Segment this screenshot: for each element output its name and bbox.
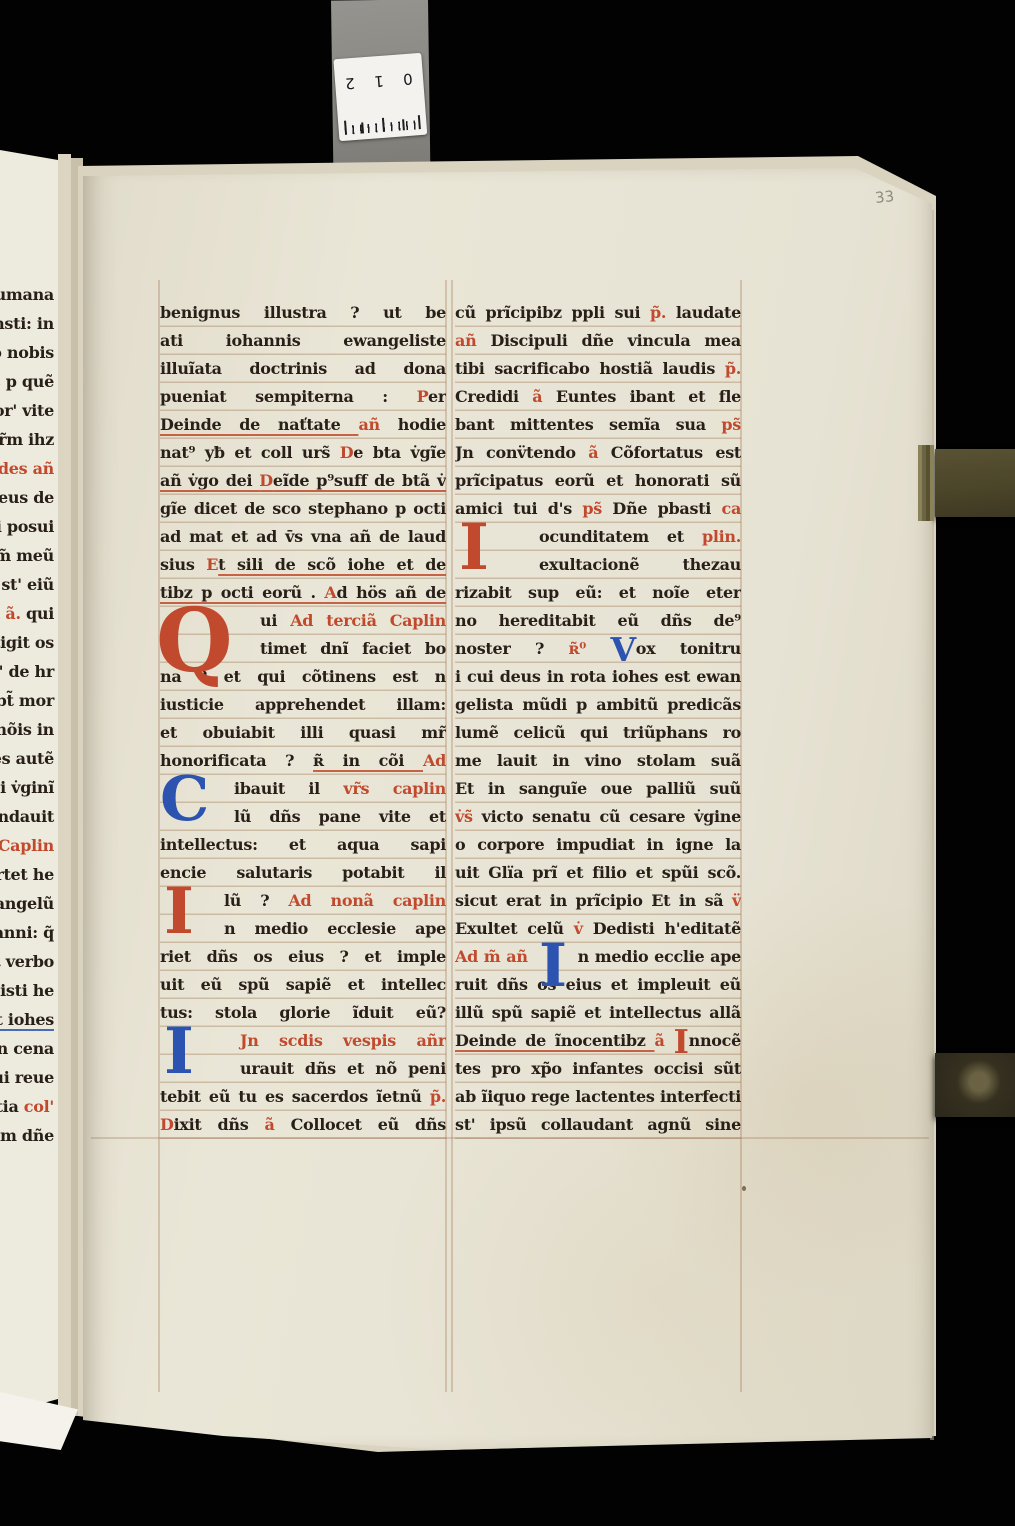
text-segment: Ad terciã Caplin bbox=[290, 611, 446, 630]
manuscript-line: benignus illustra ? ut be bbox=[160, 300, 446, 328]
facing-page-line: tũ añ Jut' de hr bbox=[0, 660, 56, 689]
manuscript-line: amici tui d's ps̃ Dñe pbasti ca bbox=[455, 496, 741, 524]
text-segment: he est iohes bbox=[0, 1010, 54, 1029]
text-segment: lũ dñs pane vite et bbox=[234, 807, 446, 826]
manuscript-line: Exultet celũ v̇ Dedisti h'editatẽ bbox=[455, 916, 741, 944]
text-segment: hodie bbox=[398, 415, 446, 434]
ruling-line-vertical bbox=[451, 280, 453, 1392]
facing-page-line-text: uit Caplin bbox=[0, 836, 54, 855]
text-segment: Jn scdis vespis añr bbox=[240, 1031, 446, 1050]
text-segment: qui bbox=[21, 604, 54, 623]
text-segment: o corpore impudiat in igne la bbox=[455, 835, 741, 854]
text-segment: lumẽ celicũ qui triũphans ro bbox=[455, 723, 741, 742]
text-segment: Dñe pbasti bbox=[612, 499, 721, 518]
manuscript-line: Dixit dñs ã Collocet eũ dñs bbox=[160, 1112, 446, 1140]
text-segment: encie salutaris potabit il bbox=[160, 863, 446, 882]
facing-page-line-text: periam ã. qui bbox=[0, 604, 54, 623]
facing-page-line-text: cõmendauit bbox=[0, 807, 54, 826]
facing-page-line: Ad laudes añ bbox=[0, 457, 56, 486]
text-segment: Ad laudes añ bbox=[0, 459, 54, 478]
manuscript-line: Jn conv̈tendo ã Cõfortatus est bbox=[455, 440, 741, 468]
manuscript-line: Deinde de naťtate añ hodie bbox=[160, 412, 446, 440]
text-segment: Dedisti h'editatẽ bbox=[593, 919, 741, 938]
ruler-major-tick bbox=[344, 121, 347, 135]
facing-page-line-text: auctor' vite bbox=[0, 401, 54, 420]
text-segment: noster ? bbox=[455, 639, 569, 658]
manuscript-line: lũ ? Ad nonã caplin bbox=[160, 888, 446, 916]
text-segment: pliis me' st' eiũ bbox=[0, 575, 54, 594]
facing-page-line: he est iohes bbox=[0, 1008, 56, 1037]
text-segment: D bbox=[340, 443, 354, 462]
manuscript-line: tebit eũ tu es sacerdos ĩetnũ p̃. bbox=[160, 1084, 446, 1112]
text-segment: ʀ̃ in cõi bbox=[313, 751, 423, 770]
text-segment: gelista mũdi p ambitũ predicãs bbox=[455, 695, 741, 714]
facing-page-line-text: puer meus de bbox=[0, 488, 54, 507]
text-segment: ã bbox=[588, 443, 611, 462]
text-segment: Jn conv̈tendo bbox=[455, 443, 588, 462]
text-segment: hannes autẽ bbox=[0, 749, 54, 768]
manuscript-line: urauit dñs et nõ peni bbox=[160, 1056, 446, 1084]
facing-page-line-text: sã pro nobis bbox=[0, 343, 54, 362]
text-segment: nat⁹ yƀ et coll urs̃ bbox=[160, 443, 340, 462]
text-segment: ox tonitru bbox=[636, 639, 741, 658]
ruler-digit: 1 bbox=[373, 72, 384, 91]
text-segment: D bbox=[160, 1115, 174, 1134]
text-segment: ĩ humana bbox=[0, 285, 54, 304]
facing-page-line-text: uã et tetigit os bbox=[0, 633, 54, 652]
text-segment: D bbox=[259, 471, 273, 490]
manuscript-line: sius Et sili de scõ iohe et de ĩnocẽ bbox=[160, 552, 446, 580]
facing-page-line-text: he est iohes bbox=[0, 1010, 54, 1029]
text-segment: tes pro xp̃o infantes occisi sũt bbox=[455, 1059, 741, 1078]
facing-page-line: buit verbo bbox=[0, 950, 56, 979]
manuscript-line: uit Glïa prĩ et filio et spũi scõ. bbox=[455, 860, 741, 888]
text-segment: i cui deus in rota iohes est ewan bbox=[455, 667, 741, 686]
facing-page-line-text: pliis me' st' eiũ bbox=[0, 575, 54, 594]
facing-page-line-text: filiũ hõis in bbox=[0, 720, 54, 739]
text-segment: nnocẽ bbox=[689, 1031, 741, 1050]
text-segment: ibauit il bbox=[234, 779, 343, 798]
text-segment: p:esensti: in bbox=[0, 314, 54, 333]
manuscript-line: gĩe dicet de sco stephano p octi ei⁹ bbox=[160, 496, 446, 524]
manuscript-line: st' ipsũ collaudant agnũ sine bbox=[455, 1112, 741, 1140]
text-segment: n medio ecclie ape bbox=[578, 947, 741, 966]
illuminated-initial: I bbox=[164, 1026, 194, 1078]
manuscript-line: uit eũ spũ sapiẽ et intellec bbox=[160, 972, 446, 1000]
manuscript-line: añ Discipuli dñe vincula mea bbox=[455, 328, 741, 356]
text-segment: rizabit sup eũ: et noĩe eter bbox=[455, 583, 741, 602]
facing-page-line-text: ĩ Dedisti he bbox=[0, 981, 54, 1000]
text-segment: E bbox=[206, 555, 218, 574]
text-segment: Dedisti he bbox=[0, 981, 54, 1000]
text-segment: p̃. bbox=[650, 303, 666, 322]
facing-page-line-text: a celestia col' bbox=[0, 1097, 54, 1116]
manuscript-line: no hereditabit eũ dñs de⁹ bbox=[455, 608, 741, 636]
facing-page-line-text: tũ añ Jut' de hr bbox=[0, 662, 54, 681]
text-segment: iusticie apprehendet illam: bbox=[160, 695, 446, 714]
illuminated-initial: C bbox=[160, 774, 209, 825]
text-segment: timet dnĩ faciet bo bbox=[260, 639, 446, 658]
facing-page-line: s p angelũ bbox=[0, 892, 56, 921]
text-segment: v̈ bbox=[732, 891, 741, 910]
text-segment: puer meus de bbox=[0, 488, 54, 507]
facing-page-line: cõmendauit bbox=[0, 805, 56, 834]
measurement-ruler: 2 1 0 bbox=[333, 53, 427, 141]
manuscript-line: i cui deus in rota iohes est ewan bbox=[455, 664, 741, 692]
manuscript-line: pueniat sempiterna : Per bbox=[160, 384, 446, 412]
manuscript-page: 33 benignus illustra ? ut beati iohannis… bbox=[83, 168, 932, 1450]
manuscript-line: ab ĩiquo rege lactentes interfecti bbox=[455, 1084, 741, 1112]
ruler-major-tick bbox=[418, 115, 421, 129]
text-segment: prĩcipatus eorũ et honorati sũ bbox=[455, 471, 741, 490]
manuscript-line: prĩcipatus eorũ et honorati sũ bbox=[455, 468, 741, 496]
manuscript-line: encie salutaris potabit il bbox=[160, 860, 446, 888]
text-segment: natus p quẽ bbox=[0, 372, 54, 391]
illuminated-initial: I bbox=[459, 522, 489, 574]
text-segment: e bta v̇gĩe bbox=[353, 443, 446, 462]
text-segment: et obuiabit illi quasi mr̃ bbox=[160, 723, 446, 742]
text-segment: ca bbox=[722, 499, 742, 518]
facing-page-line-text: rtus cui v̇ginĩ bbox=[0, 778, 54, 797]
text-segment: v̇ bbox=[574, 919, 593, 938]
text-segment: er bbox=[428, 387, 446, 406]
clasp-hinge bbox=[918, 1048, 935, 1122]
page-stack-edge bbox=[58, 154, 71, 1416]
manuscript-line: cũ prĩcipibz ppli sui p̃. laudate pueri bbox=[455, 300, 741, 328]
folio-number: 33 bbox=[874, 187, 895, 207]
facing-page-line: hanni: q̃ bbox=[0, 921, 56, 950]
manuscript-line: tibi sacrificabo hostiã laudis p̃. bbox=[455, 356, 741, 384]
text-segment: a celestia bbox=[0, 1097, 24, 1116]
facing-page-line-text: ĩ humana bbox=[0, 285, 54, 304]
facing-page-edge: ĩ humanap:esensti: insã pro nobisnatus p… bbox=[0, 150, 58, 1415]
text-segment: victo senatu cũ cesare v̇gine bbox=[482, 807, 741, 826]
illuminated-initial: I bbox=[164, 886, 194, 938]
facing-page-line-text: nrĩ nr̃m ihz bbox=[0, 430, 54, 449]
text-segment: s cui reue bbox=[0, 1068, 54, 1087]
text-segment: ã bbox=[655, 1031, 674, 1050]
text-segment: V bbox=[610, 636, 635, 664]
text-segment: urauit dñs et nõ peni bbox=[240, 1059, 446, 1078]
facing-page-line: sã pro nobis bbox=[0, 341, 56, 370]
manuscript-line: o corpore impudiat in igne la bbox=[455, 832, 741, 860]
facing-page-line: gustabt̃ mor bbox=[0, 689, 56, 718]
text-segment: ã. bbox=[5, 604, 20, 623]
text-segment: eĩde p⁹suff de btã v̇ bbox=[273, 471, 446, 490]
text-segment: ab ĩiquo rege lactentes interfecti bbox=[455, 1087, 741, 1106]
text-segment: ʀ̃⁰ bbox=[569, 639, 611, 658]
text-segment: Ad nonã caplin bbox=[288, 891, 446, 910]
text-segment: sius bbox=[160, 555, 206, 574]
text-segment: buit verbo bbox=[0, 952, 54, 971]
ruler-digit: 2 bbox=[345, 74, 356, 93]
manuscript-line: Et in sanguĩe oue palliũ suũ bbox=[455, 776, 741, 804]
facing-page-line: periam ã. qui bbox=[0, 602, 56, 631]
text-segment: vr̃s caplin bbox=[343, 779, 446, 798]
text-segment: Et in sanguĩe oue palliũ suũ bbox=[455, 779, 741, 798]
text-segment: ũ in cena bbox=[0, 1039, 54, 1058]
text-segment: cũ prĩcipibz ppli sui bbox=[455, 303, 650, 322]
facing-page-line: ĩ humana bbox=[0, 283, 56, 312]
manuscript-line: sicut erat in prĩcipio Et in sã v̈ bbox=[455, 888, 741, 916]
facing-page-line: qd' elegi posui bbox=[0, 515, 56, 544]
manuscript-line: tes pro xp̃o infantes occisi sũt bbox=[455, 1056, 741, 1084]
text-segment: tebit eũ tu es sacerdos ĩetnũ bbox=[160, 1087, 430, 1106]
manuscript-line: Jn scdis vespis añr bbox=[160, 1028, 446, 1056]
text-segment: am dñe bbox=[0, 1126, 54, 1145]
manuscript-line: ad mat et ad v̄s vna añ de laud bbox=[160, 524, 446, 552]
text-segment: tus: stola glorie ĩduit eũ? bbox=[160, 1003, 446, 1022]
text-segment: sã pro nobis bbox=[0, 343, 54, 362]
text-segment: Cõfortatus est bbox=[611, 443, 741, 462]
facing-page-line-text: buit verbo bbox=[0, 952, 54, 971]
manuscript-line: illũ spũ sapiẽ et intellectus allã bbox=[455, 1000, 741, 1028]
manuscript-line: nat⁹ yƀ et coll urs̃ De bta v̇gĩe bbox=[160, 440, 446, 468]
text-segment: uit eũ spũ sapiẽ et intellec bbox=[160, 975, 446, 994]
text-segment: cõmendauit bbox=[0, 807, 54, 826]
book-clasp-lower bbox=[935, 1053, 1015, 1117]
facing-page-line: am dñe bbox=[0, 1124, 56, 1153]
facing-page-line: p:esensti: in bbox=[0, 312, 56, 341]
manuscript-line: v̇s̃ victo senatu cũ cesare v̇gine bbox=[455, 804, 741, 832]
facing-page-line-text: hannes autẽ bbox=[0, 749, 54, 768]
text-segment: oportet he bbox=[0, 865, 54, 884]
text-segment: v̇s̃ bbox=[455, 807, 482, 826]
facing-page-line-text: qd' elegi posui bbox=[0, 517, 54, 536]
photo-background: 2 1 0 ĩ humanap:esensti: insã pro nobisn… bbox=[0, 0, 1015, 1526]
text-segment: ã bbox=[264, 1115, 274, 1134]
manuscript-line: et obuiabit illi quasi mr̃ bbox=[160, 720, 446, 748]
text-segment: illũ spũ sapiẽ et intellectus allã bbox=[455, 1003, 741, 1022]
manuscript-line: Ad m̃ añn medio ecclie ape bbox=[455, 944, 741, 972]
text-segment: eũ spm̃ meũ bbox=[0, 546, 54, 565]
text-segment: auctor' vite bbox=[0, 401, 54, 420]
manuscript-line: Credidi ã Euntes ibant et fle bbox=[455, 384, 741, 412]
text-segment: A bbox=[324, 583, 336, 602]
facing-page-line: s cui reue bbox=[0, 1066, 56, 1095]
text-segment: nrĩ nr̃m ihz bbox=[0, 430, 54, 449]
facing-page-text: ĩ humanap:esensti: insã pro nobisnatus p… bbox=[0, 283, 56, 1153]
text-segment: tibi sacrificabo hostiã laudis bbox=[455, 359, 725, 378]
facing-page-line: uit Caplin bbox=[0, 834, 56, 863]
text-segment: hanni: q̃ bbox=[0, 923, 54, 942]
manuscript-line: tus: stola glorie ĩduit eũ? bbox=[160, 1000, 446, 1028]
ink-speck bbox=[742, 1186, 746, 1191]
text-segment: Discipuli dñe vincula mea bbox=[490, 331, 741, 350]
manuscript-line: lumẽ celicũ qui triũphans ro bbox=[455, 720, 741, 748]
facing-page-line-text: s cui reue bbox=[0, 1068, 54, 1087]
illuminated-initial: Q bbox=[156, 604, 233, 676]
text-segment: no hereditabit eũ dñs de⁹ bbox=[455, 611, 741, 630]
mount-strip: 2 1 0 bbox=[331, 0, 430, 172]
text-segment: p̃. bbox=[725, 359, 741, 378]
facing-page-line-text: p:esensti: in bbox=[0, 314, 54, 333]
manuscript-line: Deinde de ĩnocentibz ã Innocẽ bbox=[455, 1028, 741, 1056]
facing-page-line: ũ in cena bbox=[0, 1037, 56, 1066]
book-clasp-upper bbox=[935, 449, 1015, 517]
text-segment: ixit dñs bbox=[174, 1115, 265, 1134]
text-segment: ad mat et ad v̄s vna añ de laud bbox=[160, 527, 446, 546]
text-segment: illuĩata doctrinis ad dona bbox=[160, 359, 446, 378]
facing-page-line-text: hanni: q̃ bbox=[0, 923, 54, 942]
manuscript-line: bant mittentes semĩa sua ps̃ bbox=[455, 412, 741, 440]
illuminated-initial: I bbox=[539, 942, 567, 991]
facing-page-line-text: eũ spm̃ meũ bbox=[0, 546, 54, 565]
manuscript-line: gelista mũdi p ambitũ predicãs bbox=[455, 692, 741, 720]
text-segment: plin. bbox=[702, 527, 741, 546]
facing-page-line-text: oportet he bbox=[0, 865, 54, 884]
manuscript-line: ruit dñs os eius et impleuit eũ bbox=[455, 972, 741, 1000]
text-column-left: benignus illustra ? ut beati iohannis ew… bbox=[160, 300, 446, 1140]
text-segment: p̃. bbox=[430, 1087, 446, 1106]
text-segment: me lauit in vino stolam suã bbox=[455, 751, 741, 770]
text-segment: gĩe dicet de sco stephano p octi ei⁹ bbox=[160, 499, 446, 524]
manuscript-line: ati iohannis ewangeliste bbox=[160, 328, 446, 356]
manuscript-line: añ v̇go dei Deĩde p⁹suff de btã v̇ bbox=[160, 468, 446, 496]
clasp-hinge bbox=[918, 445, 934, 521]
text-segment: añ bbox=[358, 415, 397, 434]
text-segment: ati iohannis ewangeliste bbox=[160, 331, 446, 350]
text-segment: Jut' de hr bbox=[0, 662, 54, 681]
facing-page-line: eũ spm̃ meũ bbox=[0, 544, 56, 573]
text-segment: lũ ? bbox=[224, 891, 288, 910]
text-segment: n medio ecclesie ape bbox=[224, 919, 446, 938]
text-segment: uã et tetigit os bbox=[0, 633, 54, 652]
text-segment: benignus illustra ? ut be bbox=[160, 303, 446, 322]
text-segment: filiũ hõis in bbox=[0, 720, 54, 739]
facing-page-line: hannes autẽ bbox=[0, 747, 56, 776]
text-segment: qd' elegi posui bbox=[0, 517, 54, 536]
text-segment: Ad bbox=[423, 751, 446, 770]
facing-page-line: natus p quẽ bbox=[0, 370, 56, 399]
text-segment: uit Glïa prĩ et filio et spũi scõ. bbox=[455, 863, 741, 882]
manuscript-line: noster ? ʀ̃⁰ Vox tonitru bbox=[455, 636, 741, 664]
text-segment: st' ipsũ collaudant agnũ sine bbox=[455, 1115, 741, 1134]
text-segment: ocunditatem et bbox=[539, 527, 702, 546]
manuscript-line: iusticie apprehendet illam: bbox=[160, 692, 446, 720]
manuscript-line: intellectus: et aqua sapi bbox=[160, 832, 446, 860]
manuscript-line: rizabit sup eũ: et noĩe eter bbox=[455, 580, 741, 608]
text-segment: bant mittentes semĩa sua bbox=[455, 415, 721, 434]
text-segment: ruit dñs os eius et impleuit eũ bbox=[455, 975, 741, 994]
facing-page-line: nrĩ nr̃m ihz bbox=[0, 428, 56, 457]
text-segment: ps̃ bbox=[582, 499, 612, 518]
text-segment: Deinde de naťtate bbox=[160, 415, 358, 434]
facing-page-line: filiũ hõis in bbox=[0, 718, 56, 747]
facing-page-line-text: ũ in cena bbox=[0, 1039, 54, 1058]
text-segment: Euntes ibant et fle bbox=[556, 387, 741, 406]
facing-page-line: pliis me' st' eiũ bbox=[0, 573, 56, 602]
text-segment: ã bbox=[532, 387, 556, 406]
facing-page-line-text: natus p quẽ bbox=[0, 372, 54, 391]
manuscript-line: exultacionẽ thezau bbox=[455, 552, 741, 580]
text-segment: pueniat sempiterna : bbox=[160, 387, 417, 406]
text-segment: s p angelũ bbox=[0, 894, 54, 913]
facing-page-line: uã et tetigit os bbox=[0, 631, 56, 660]
text-segment: añ bbox=[455, 331, 490, 350]
text-segment: Deinde de ĩnocentibz bbox=[455, 1031, 655, 1050]
text-segment: Credidi bbox=[455, 387, 532, 406]
facing-page-line: ĩ Dedisti he bbox=[0, 979, 56, 1008]
text-segment: ui bbox=[260, 611, 290, 630]
text-segment: Ad m̃ añ bbox=[455, 947, 528, 966]
text-segment: exultacionẽ thezau bbox=[539, 555, 741, 574]
facing-page-line-text: gustabt̃ mor bbox=[0, 691, 54, 710]
text-segment: ps̃ bbox=[721, 415, 741, 434]
text-segment: intellectus: et aqua sapi bbox=[160, 835, 446, 854]
manuscript-line: me lauit in vino stolam suã bbox=[455, 748, 741, 776]
text-segment: P bbox=[417, 387, 428, 406]
manuscript-line: riet dñs os eius ? et imple bbox=[160, 944, 446, 972]
text-segment: Caplin bbox=[0, 836, 54, 855]
facing-page-line-text: Ad laudes añ bbox=[0, 459, 54, 478]
facing-page-line: oportet he bbox=[0, 863, 56, 892]
facing-page-line-text: am dñe bbox=[0, 1126, 54, 1145]
manuscript-line: ocunditatem et plin. bbox=[455, 524, 741, 552]
text-segment: riet dñs os eius ? et imple bbox=[160, 947, 446, 966]
facing-page-line: rtus cui v̇ginĩ bbox=[0, 776, 56, 805]
manuscript-line: illuĩata doctrinis ad dona bbox=[160, 356, 446, 384]
manuscript-line: n medio ecclesie ape bbox=[160, 916, 446, 944]
facing-page-line: auctor' vite bbox=[0, 399, 56, 428]
facing-page-line: puer meus de bbox=[0, 486, 56, 515]
facing-page-line-text: s p angelũ bbox=[0, 894, 54, 913]
text-segment: Collocet eũ dñs bbox=[275, 1115, 446, 1134]
text-segment: sicut erat in prĩcipio Et in sã bbox=[455, 891, 732, 910]
text-segment: añ v̇go dei bbox=[160, 471, 259, 490]
facing-page-line: a celestia col' bbox=[0, 1095, 56, 1124]
text-segment: gustabt̃ mor bbox=[0, 691, 54, 710]
text-segment: col' bbox=[24, 1097, 54, 1116]
text-segment: I bbox=[674, 1028, 689, 1056]
text-column-right: cũ prĩcipibz ppli sui p̃. laudate pueria… bbox=[455, 300, 741, 1140]
ruler-major-tick bbox=[382, 118, 385, 132]
ruler-digit: 0 bbox=[403, 70, 414, 89]
text-segment: rtus cui v̇ginĩ bbox=[0, 778, 54, 797]
